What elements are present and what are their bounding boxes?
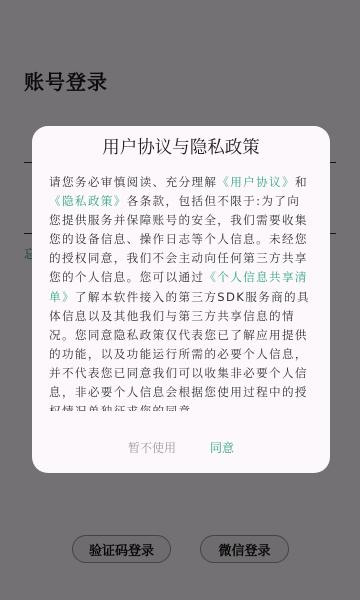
agree-button[interactable]: 同意 (208, 439, 236, 456)
body-text: 了解本软件接入的第三方SDK服务商的具体信息以及其他我们与第三方共享信息的情况。… (49, 290, 310, 411)
dialog-title: 用户协议与隐私政策 (49, 135, 313, 161)
privacy-policy-link[interactable]: 《隐私政策》 (49, 194, 127, 208)
decline-button[interactable]: 暂不使用 (126, 439, 178, 456)
dialog-actions: 暂不使用 同意 (32, 439, 330, 456)
privacy-dialog: 用户协议与隐私政策 请您务必审慎阅读、充分理解《用户协议》和《隐私政策》各条款，… (32, 126, 330, 473)
user-agreement-link[interactable]: 《用户协议》 (217, 175, 295, 189)
body-text: 和 (295, 175, 308, 189)
dialog-body: 请您务必审慎阅读、充分理解《用户协议》和《隐私政策》各条款，包括但不限于:为了向… (49, 173, 313, 411)
body-text: 请您务必审慎阅读、充分理解 (49, 175, 217, 189)
